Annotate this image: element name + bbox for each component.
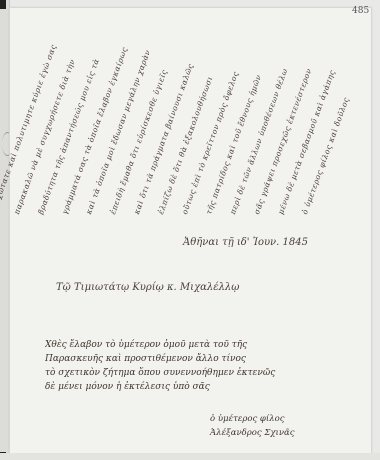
signature-block: ὁ ὑμέτερος φίλος Ἀλέξανδρος Σχινᾶς (210, 412, 295, 440)
signature-line: ὁ ὑμέτερος φίλος (210, 412, 295, 426)
body-line: Χθὲς ἔλαβον τὸ ὑμέτερον ὁμοῦ μετὰ τοῦ τῆ… (45, 338, 315, 352)
scan-bottom-margin (0, 453, 380, 460)
scan-border-top (0, 0, 6, 9)
body-line: τὸ σχετικὸν ζήτημα ὅπου συνεννοήθημεν ἐκ… (45, 366, 315, 380)
body-line: δὲ μένει μόνον ἡ ἐκτέλεσις ὑπὸ σᾶς (45, 380, 315, 394)
date-line: Ἀθῆναι τῇ ιδ' Ἰουν. 1845 (183, 237, 308, 248)
letter-body: Χθὲς ἔλαβον τὸ ὑμέτερον ὁμοῦ μετὰ τοῦ τῆ… (45, 338, 315, 394)
rotated-handwritten-text: Ἐξοχώτατε καὶ πολυτιμητε κύριε ἐγὼ σας π… (12, 14, 372, 228)
address-line: Τῷ Τιμιωτάτῳ Κυρίῳ κ. Μιχαλέλλῳ (56, 282, 239, 293)
body-line: Παρασκευῆς καὶ προστιθέμενον ἄλλο τίνος (45, 352, 315, 366)
signature-line: Ἀλέξανδρος Σχινᾶς (210, 426, 295, 440)
